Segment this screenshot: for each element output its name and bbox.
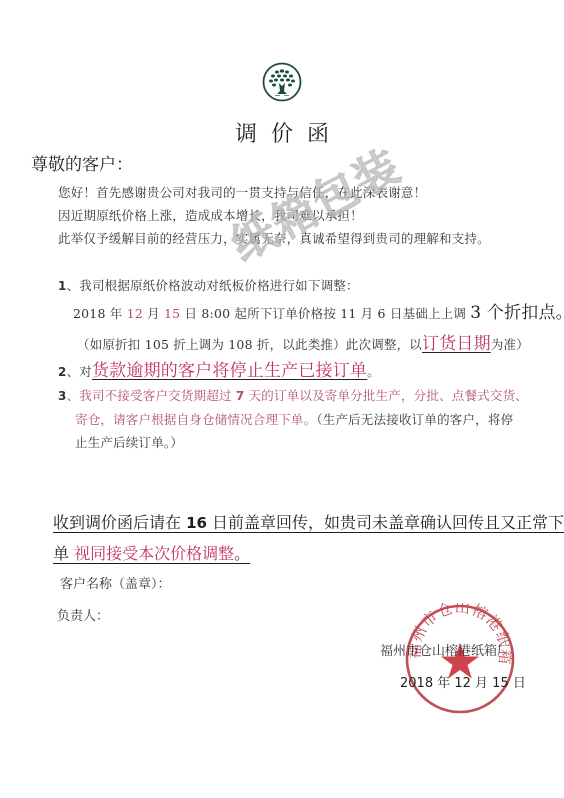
item-3-line-2: 寄仓，请客户根据自身仓储情况合理下单。（生产后无法接收订单的客户，将停	[75, 410, 513, 428]
customer-name-field: 客户名称（盖章）：	[60, 573, 171, 592]
company-seal-icon: 福州市仓山榕港纸箱厂	[404, 603, 516, 715]
item-1-detail: 2018 年 12 月 15 日 8:00 起所下订单价格按 11 月 6 日基…	[73, 298, 564, 323]
acceptance-highlight: 视同接受本次价格调整	[74, 544, 234, 563]
intro-line-2: 因近期原纸价格上涨，造成成本增长，我司难以承担！	[58, 206, 363, 224]
overdue-highlight: 货款逾期的客户将停止生产已接订单	[92, 361, 367, 381]
points-highlight: 3 个折扣点。	[470, 303, 564, 323]
notice-line-1: 收到调价函后请在 16 日前盖章回传，如贵司未盖章确认回传且又正常下	[53, 510, 564, 533]
document-title: 调价函	[0, 117, 564, 148]
watermark: 纸箱包装	[218, 131, 411, 274]
issue-date: 2018 年 12 月 15 日	[400, 672, 526, 691]
item-1-heading: 1、我司根据原纸价格波动对纸板价格进行如下调整：	[58, 276, 359, 294]
notice-line-2: 单 视同接受本次价格调整。	[53, 541, 250, 564]
order-date-highlight: 订货日期	[422, 334, 491, 354]
intro-line-1: 您好！首先感谢贵公司对我司的一贯支持与信任，在此深表谢意！	[58, 183, 426, 201]
item-2: 2、对货款逾期的客户将停止生产已接订单。	[58, 356, 380, 381]
greeting: 尊敬的客户：	[31, 150, 133, 175]
item-3-line-3: 止生产后续订单。）	[75, 433, 183, 451]
issuer-company: 福州市仓山榕港纸箱厂	[380, 640, 510, 659]
intro-line-3: 此举仅予缓解目前的经营压力，实属无奈，真诚希望得到贵司的理解和支持。	[58, 229, 490, 247]
responsible-person-field: 负责人：	[57, 605, 109, 624]
item-3-line-1: 3、我司不接受客户交货期超过 7 天的订单以及寄单分批生产，分批、点餐式交货、	[58, 386, 528, 404]
item-1-example: （如原折扣 105 折上调为 108 折，以此类推）此次调整，以订货日期为准）	[77, 329, 529, 354]
company-tree-logo-icon	[262, 62, 302, 102]
